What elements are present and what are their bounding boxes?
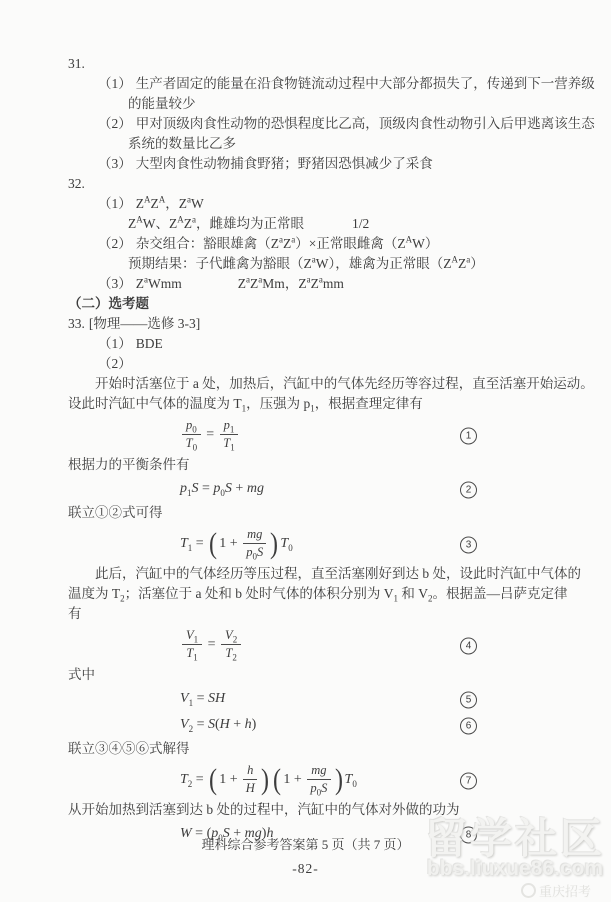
equation-5-number: 5: [460, 690, 477, 709]
q31-item-3: （3）大型肉食性动物捕食野猪；野猪因恐惧减少了采食: [68, 154, 568, 174]
genotype-text: ZaZaMm，ZaZamm: [238, 276, 344, 291]
section-heading: （二）选考题: [68, 294, 568, 314]
solution-paragraph: 此后，汽缸中的气体经历等压过程，直至活塞刚好到达 b 处，设此时汽缸中气体的: [68, 564, 568, 584]
q33-item-2: （2）: [68, 354, 568, 374]
q33-item-1: （1）BDE: [68, 334, 568, 354]
solution-paragraph: 有: [68, 604, 568, 624]
q32-item-3: （3）ZaWmmZaZaMm，ZaZamm: [68, 274, 568, 294]
q32-item-1-line2: ZAW、ZAZa，雌雄均为正常眼1/2: [68, 214, 568, 234]
equation-4-number: 4: [460, 635, 477, 654]
item-label: （1）: [98, 196, 132, 211]
solution-text: 根据力的平衡条件有: [68, 455, 568, 475]
item-label: （2）: [98, 236, 132, 251]
solution-text: 联立③④⑤⑥式解得: [68, 739, 568, 759]
question-33-number: 33.: [68, 316, 85, 331]
solution-paragraph: 温度为 T2；活塞位于 a 处和 b 处时气体的体积分别为 V1 和 V2。根据…: [68, 584, 568, 604]
equation-7-number: 7: [460, 770, 477, 789]
item-label: （3）: [98, 156, 132, 171]
question-32: 32. （1）ZAZA，ZaW ZAW、ZAZa，雌雄均为正常眼1/2 （2）杂…: [68, 174, 568, 294]
chongqing-zhaokao-logo-icon: [521, 883, 536, 898]
equation-1: p0T0 = p1T1: [180, 416, 240, 453]
answer-text: 大型肉食性动物捕食野猪；野猪因恐惧减少了采食: [136, 156, 433, 171]
q32-item-2: （2）杂交组合：豁眼雄禽（ZaZa）×正常眼雌禽（ZAW）: [68, 234, 568, 254]
genotype-text: ZaWmm: [136, 276, 182, 291]
page-footer: 理科综合参考答案第 5 页（共 7 页） -82-: [0, 836, 611, 878]
answer-text: 系统的数量比乙多: [68, 134, 568, 154]
cross-combination-text: 杂交组合：豁眼雄禽（ZaZa）×正常眼雌禽（ZAW）: [136, 236, 439, 251]
item-label: （2）: [98, 116, 132, 131]
question-33-title-line: 33.[物理——选修 3-3]: [68, 314, 568, 334]
q31-item-1: （1）生产者固定的能量在沿食物链流动过程中大部分都损失了，传递到下一营养级: [68, 74, 568, 94]
footer-page-number: -82-: [0, 860, 611, 878]
answer-text: 生产者固定的能量在沿食物链流动过程中大部分都损失了，传递到下一营养级: [136, 76, 595, 91]
equation-6-row: V2 = S(H + h) 6: [68, 713, 568, 737]
solution-text: 从开始加热到活塞到达 b 处的过程中，汽缸中的气体对外做的功为: [68, 800, 568, 820]
solution-paragraph: 设此时汽缸中气体的温度为 T1，压强为 p1，根据查理定律有: [68, 394, 568, 414]
item-label: （1）: [98, 76, 132, 91]
equation-7-row: T2 = (1 + hH)(1 + mgp0S)T0 7: [68, 761, 568, 798]
item-label: （3）: [98, 276, 132, 291]
scanned-answer-page: 31. （1）生产者固定的能量在沿食物链流动过程中大部分都损失了，传递到下一营养…: [0, 0, 611, 902]
question-31-number: 31.: [68, 54, 568, 74]
equation-4: V1T1 = V2T2: [180, 626, 243, 663]
question-32-number: 32.: [68, 174, 568, 194]
equation-1-row: p0T0 = p1T1 1: [68, 416, 568, 453]
watermark-subtitle: 重庆招考: [425, 881, 605, 900]
equation-2-number: 2: [460, 480, 477, 499]
equation-2: p1S = p0S + mg: [180, 477, 264, 501]
q31-item-2: （2）甲对顶级肉食性动物的恐惧程度比乙高，顶级肉食性动物引入后甲逃离该生态: [68, 114, 568, 134]
answer-text: 的能量较少: [68, 94, 568, 114]
item-label: （2）: [98, 356, 132, 371]
equation-5: V1 = SH: [180, 687, 225, 711]
equation-6-number: 6: [460, 716, 477, 735]
score-fraction: 1/2: [352, 216, 369, 231]
q32-item-1: （1）ZAZA，ZaW: [68, 194, 568, 214]
solution-text: 联立①②式可得: [68, 503, 568, 523]
genotype-text: ZAW、ZAZa，雌雄均为正常眼: [128, 216, 304, 231]
item-label: （1）: [98, 336, 132, 351]
equation-5-row: V1 = SH 5: [68, 687, 568, 711]
expected-result-text: 预期结果：子代雌禽为豁眼（ZaW），雄禽为正常眼（ZAZa）: [68, 254, 568, 274]
equation-1-number: 1: [460, 425, 477, 444]
answer-choices: BDE: [136, 336, 163, 351]
solution-paragraph: 开始时活塞位于 a 处，加热后，汽缸中的气体先经历等容过程，直至活塞开始运动。: [68, 374, 568, 394]
equation-3-number: 3: [460, 534, 477, 553]
answer-text: 甲对顶级肉食性动物的恐惧程度比乙高，顶级肉食性动物引入后甲逃离该生态: [136, 116, 595, 131]
question-31: 31. （1）生产者固定的能量在沿食物链流动过程中大部分都损失了，传递到下一营养…: [68, 54, 568, 174]
genotype-text: ZAZA，ZaW: [136, 196, 204, 211]
equation-3: T1 = (1 + mgp0S)T0: [180, 525, 293, 562]
question-33-title: [物理——选修 3-3]: [89, 316, 200, 331]
equation-7: T2 = (1 + hH)(1 + mgp0S)T0: [180, 761, 357, 798]
answers-content: 31. （1）生产者固定的能量在沿食物链流动过程中大部分都损失了，传递到下一营养…: [68, 54, 568, 848]
footer-page-info: 理科综合参考答案第 5 页（共 7 页）: [0, 836, 611, 854]
solution-text: 式中: [68, 665, 568, 685]
equation-3-row: T1 = (1 + mgp0S)T0 3: [68, 525, 568, 562]
equation-4-row: V1T1 = V2T2 4: [68, 626, 568, 663]
question-33: 33.[物理——选修 3-3] （1）BDE （2） 开始时活塞位于 a 处，加…: [68, 314, 568, 846]
equation-6: V2 = S(H + h): [180, 713, 256, 737]
equation-2-row: p1S = p0S + mg 2: [68, 477, 568, 501]
